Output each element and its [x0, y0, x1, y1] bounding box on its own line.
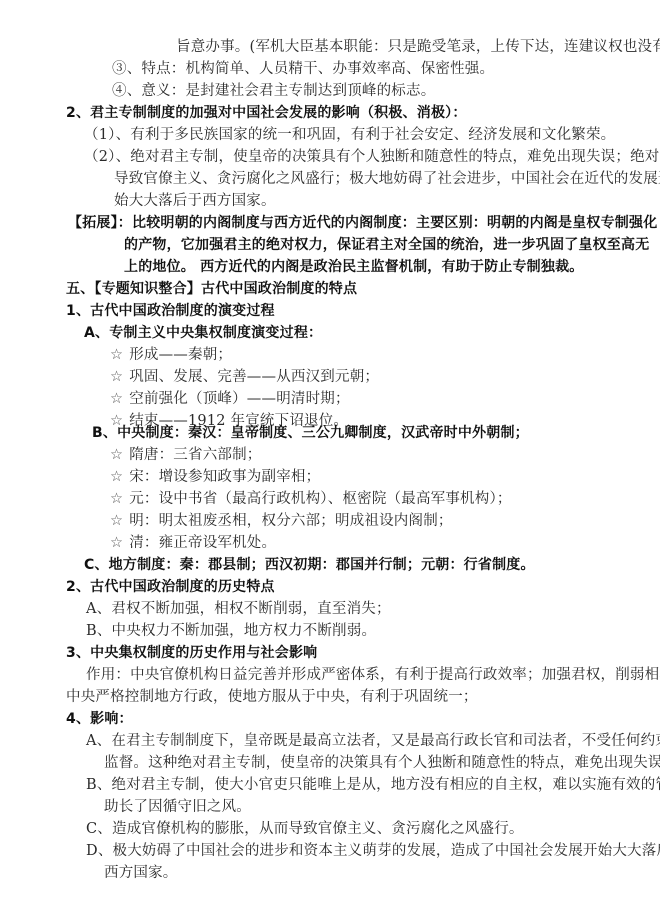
star-icon: ☆ [110, 391, 123, 407]
continuation-line: 旨意办事。(军机大臣基本职能：只是跪受笔录，上传下达，连建议权也没有。) [176, 36, 660, 58]
sub2-item-a: A、君权不断加强，相权不断削弱，直至消失； [86, 598, 391, 620]
list-item: ☆元：设中书省（最高行政机构）、枢密院（最高军事机构）； [110, 488, 512, 510]
list-item: ☆清：雍正帝设军机处。 [110, 532, 276, 554]
extension-line3: 上的地位。 西方近代的内阁是政治民主监督机制，有助于防止专制独裁。 [124, 256, 583, 278]
sub3-line2: 中央严格控制地方行政，使地方服从于中央，有利于巩固统一； [66, 686, 478, 708]
star-icon: ☆ [110, 469, 123, 485]
section2-item1: （1）、有利于多民族国家的统一和巩固，有利于社会安定、经济发展和文化繁荣。 [84, 124, 615, 146]
sub4-A-line1: A、在君主专制制度下，皇帝既是最高立法者，又是最高行政长官和司法者，不受任何约束… [86, 730, 660, 752]
extension-line1: 【拓展】：比较明朝的内阁制度与西方近代的内阁制度：主要区别：明朝的内阁是皇权专制… [68, 212, 657, 234]
sub4-D-line1: D、极大妨碍了中国社会的进步和资本主义萌芽的发展，造成了中国社会发展开始大大落后… [86, 840, 660, 862]
list-item: ☆形成——秦朝； [110, 344, 232, 366]
sub4-heading: 4、影响： [66, 708, 133, 730]
star-icon: ☆ [110, 513, 123, 529]
sub3-line1: 作用：中央官僚机构日益完善并形成严密体系，有利于提高行政效率；加强君权，削弱相权… [86, 664, 660, 686]
sub3-heading: 3、中央集权制度的历史作用与社会影响 [66, 642, 317, 664]
sub1-A-heading: A、专制主义中央集权制度演变过程： [84, 322, 322, 344]
list-item: ☆巩固、发展、完善——从西汉到元朝； [110, 366, 379, 388]
section2-item2-line1: （2）、绝对君主专制，使皇帝的决策具有个人独断和随意性的特点，难免出现失误；绝对… [84, 146, 660, 168]
sub4-B-line1: B、绝对君主专制，使大小官吏只能唯上是从，地方没有相应的自主权，难以实施有效的管… [86, 774, 660, 796]
sub4-A-line2: 监督。这种绝对君主专制，使皇帝的决策具有个人独断和随意性的特点，难免出现失误。 [104, 752, 660, 774]
star-icon: ☆ [110, 535, 123, 551]
star-icon: ☆ [110, 491, 123, 507]
sub1-heading: 1、古代中国政治制度的演变过程 [66, 300, 275, 322]
sub4-D-line2: 西方国家。 [104, 862, 178, 884]
sub4-C-line1: C、造成官僚机构的膨胀，从而导致官僚主义、贪污腐化之风盛行。 [86, 818, 524, 840]
sub2-item-b: B、中央权力不断加强，地方权力不断削弱。 [86, 620, 376, 642]
section5-heading: 五、【专题知识整合】古代中国政治制度的特点 [66, 278, 357, 300]
sub1-B-heading: B、中央制度：秦汉：皇帝制度、三公九卿制度，汉武帝时中外朝制； [92, 422, 529, 444]
list-item: ☆空前强化（顶峰）——明清时期； [110, 388, 350, 410]
section2-heading: 2、君主专制制度的加强对中国社会发展的影响（积极、消极）： [66, 102, 467, 124]
star-icon: ☆ [110, 447, 123, 463]
section2-item2-line3: 始大大落后于西方国家。 [114, 190, 276, 212]
list-item: ☆隋唐：三省六部制； [110, 444, 262, 466]
list-item: ☆宋：增设参知政事为副宰相； [110, 466, 320, 488]
sub1-C-heading: C、地方制度：秦：郡县制；西汉初期：郡国并行制；元朝：行省制度。 [84, 554, 535, 576]
star-icon: ☆ [110, 369, 123, 385]
point-3: ③、特点：机构简单、人员精干、办事效率高、保密性强。 [112, 58, 494, 80]
sub2-heading: 2、古代中国政治制度的历史特点 [66, 576, 275, 598]
sub4-B-line2: 助长了因循守旧之风。 [104, 796, 251, 818]
star-icon: ☆ [110, 347, 123, 363]
section2-item2-line2: 导致官僚主义、贪污腐化之风盛行；极大地妨碍了社会进步，中国社会在近代的发展开 [114, 168, 660, 190]
point-4: ④、意义：是封建社会君主专制达到顶峰的标志。 [112, 80, 435, 102]
list-item: ☆明：明太祖废丞相，权分六部；明成祖设内阁制； [110, 510, 453, 532]
extension-line2: 的产物，它加强君主的绝对权力，保证君主对全国的统治，进一步巩固了皇权至高无 [124, 234, 649, 256]
